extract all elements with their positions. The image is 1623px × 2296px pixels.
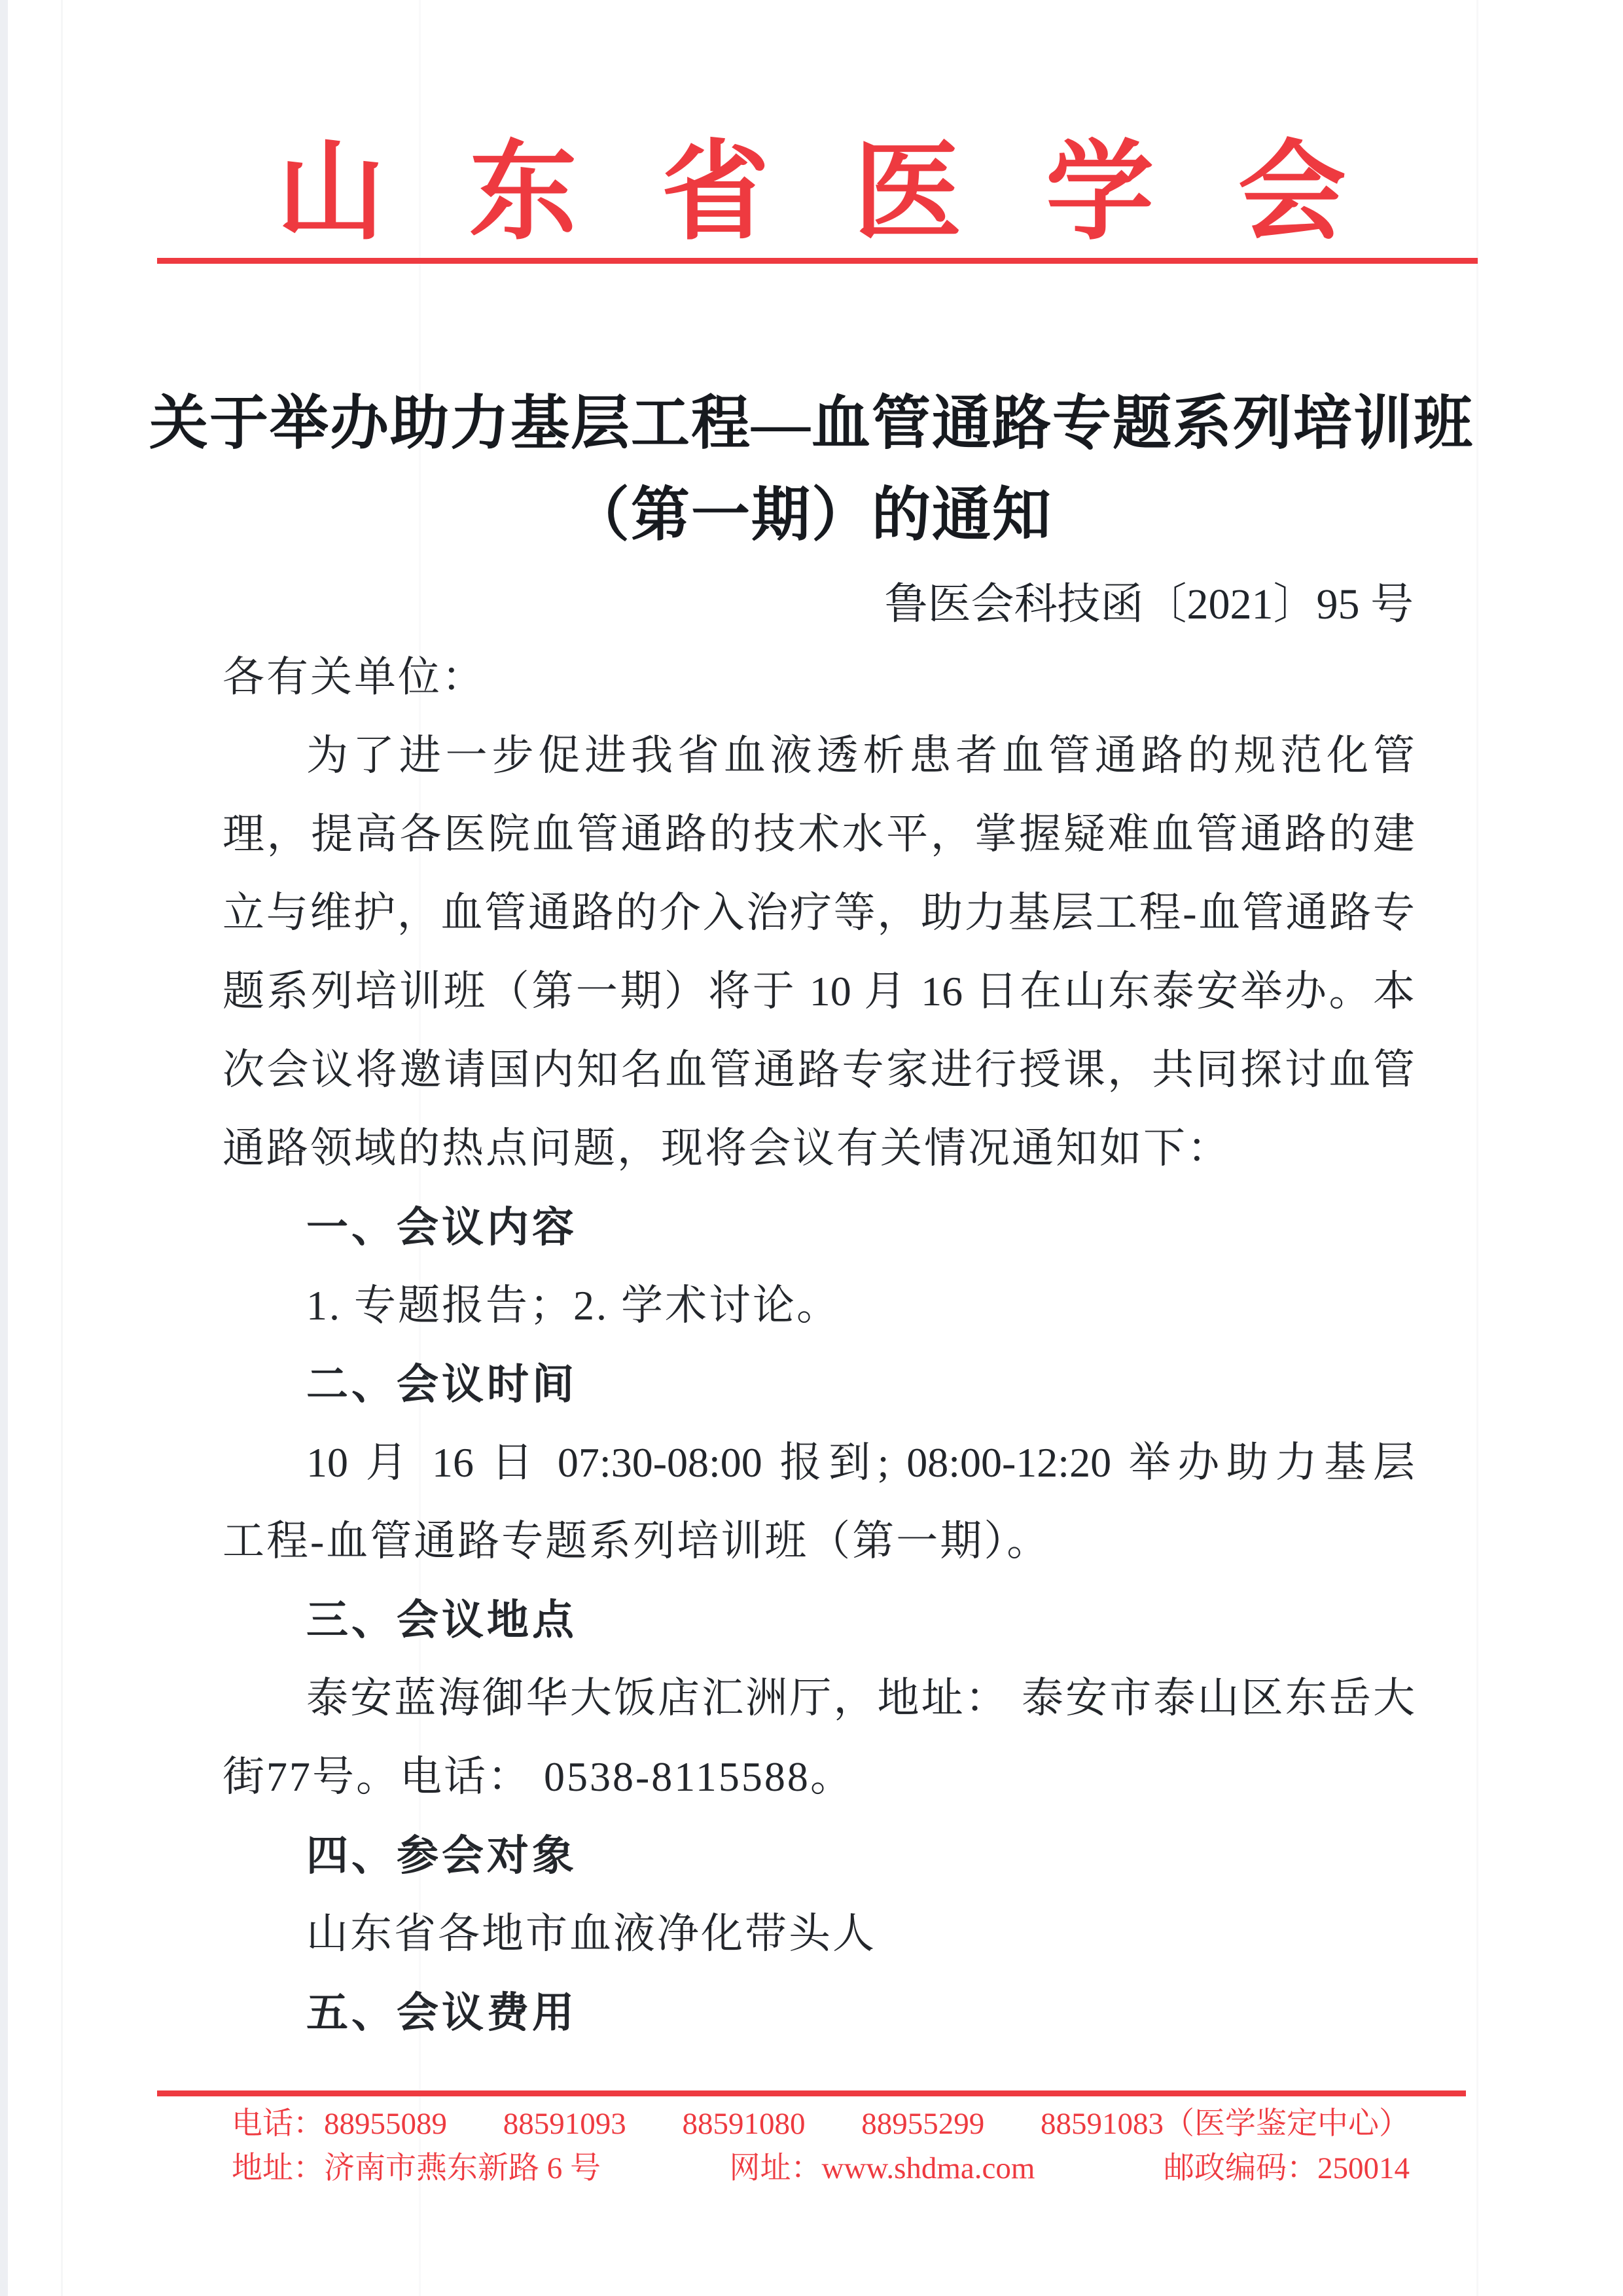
section-heading: 一、会议内容 — [223, 1188, 1415, 1266]
footer-item: 88591080 — [683, 2102, 806, 2145]
footer-item: 88591093 — [503, 2102, 626, 2145]
body-line: 理，提高各医院血管通路的技术水平，掌握疑难血管通路的建 — [223, 795, 1415, 874]
body-line: 次会议将邀请国内知名血管通路专家进行授课，共同探讨血管 — [223, 1031, 1415, 1109]
letterhead-text: 山东省医学会 — [277, 133, 1430, 253]
body-line: 10 月 16 日 07:30-08:00 报到; 08:00-12:20 举办… — [223, 1424, 1415, 1502]
section-heading: 二、会议时间 — [223, 1345, 1415, 1424]
body-text: 各有关单位：为了进一步促进我省血液透析患者血管通路的规范化管理，提高各医院血管通… — [223, 638, 1415, 2052]
body-line: 工程-血管通路专题系列培训班（第一期）。 — [223, 1502, 1415, 1581]
footer-item: 邮政编码：250014 — [1164, 2147, 1410, 2190]
document-number: 鲁医会科技函〔2021〕95 号 — [0, 579, 1414, 631]
footer-address-line: 地址：济南市燕东新路 6 号网址：www.shdma.com邮政编码：25001… — [232, 2147, 1410, 2190]
body-line: 街77号。电话： 0538-8115588。 — [223, 1738, 1415, 1816]
footer-rule — [157, 2090, 1466, 2096]
body-line: 立与维护，血管通路的介入治疗等，助力基层工程-血管通路专 — [223, 874, 1415, 952]
footer-item: 网址：www.shdma.com — [730, 2147, 1035, 2190]
section-heading: 三、会议地点 — [223, 1581, 1415, 1659]
scan-edge-band — [0, 0, 8, 2296]
footer-item: 88591083（医学鉴定中心） — [1041, 2102, 1410, 2145]
letterhead-rule — [157, 258, 1478, 264]
body-line: 1. 专题报告；2. 学术讨论。 — [223, 1266, 1415, 1345]
footer-item: 地址：济南市燕东新路 6 号 — [232, 2147, 601, 2190]
footer-item: 88955299 — [861, 2102, 984, 2145]
scan-streak — [1476, 0, 1478, 2296]
footer-item: 电话：88955089 — [232, 2102, 447, 2145]
section-heading: 四、参会对象 — [223, 1816, 1415, 1895]
document-title-line2: （第一期）的通知 — [0, 483, 1623, 548]
body-line: 泰安蓝海御华大饭店汇洲厅，地址： 泰安市泰山区东岳大 — [223, 1659, 1415, 1738]
section-heading: 五、会议费用 — [223, 1973, 1415, 2052]
letterhead-title: 山东省医学会 — [0, 128, 1623, 259]
document-title-line1: 关于举办助力基层工程—血管通路专题系列培训班 — [0, 391, 1623, 457]
footer-contact-line: 电话：8895508988591093885910808895529988591… — [232, 2102, 1410, 2145]
body-line: 通路领域的热点问题，现将会议有关情况通知如下： — [223, 1109, 1415, 1188]
scan-streak — [61, 0, 63, 2296]
body-line: 题系列培训班（第一期）将于 10 月 16 日在山东泰安举办。本 — [223, 952, 1415, 1031]
body-line: 为了进一步促进我省血液透析患者血管通路的规范化管 — [223, 717, 1415, 795]
notice-document-page: 山东省医学会 关于举办助力基层工程—血管通路专题系列培训班 （第一期）的通知 鲁… — [0, 0, 1623, 2296]
body-line: 山东省各地市血液净化带头人 — [223, 1895, 1415, 1973]
body-line: 各有关单位： — [223, 638, 1415, 717]
